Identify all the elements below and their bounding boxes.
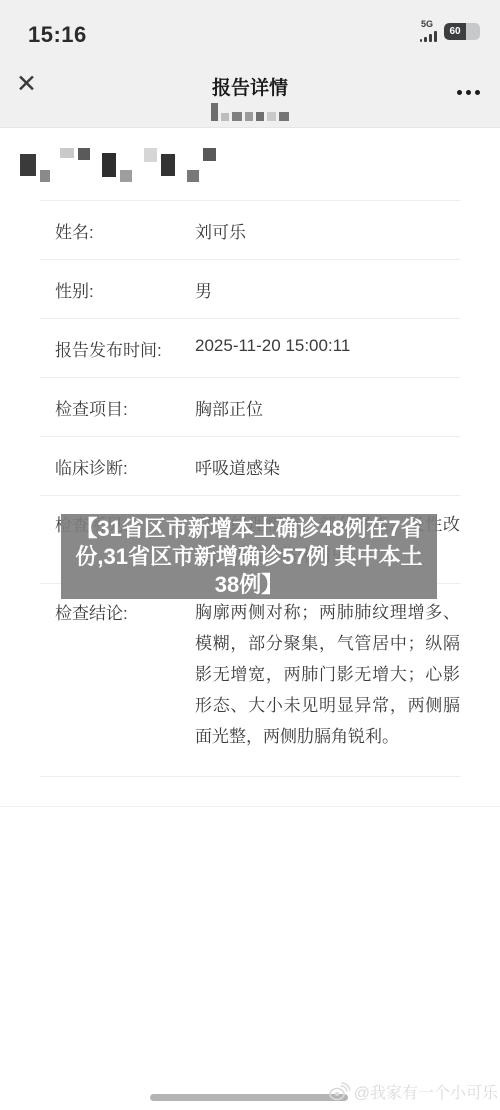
redacted-hospital-name	[20, 148, 500, 182]
field-value: 胸廓两侧对称；两肺肺纹理增多、模糊，部分聚集，气管居中；纵隔影无增宽，两肺门影无…	[195, 597, 460, 752]
news-headline-overlay: 【31省区市新增本土确诊48例在7省 份,31省区市新增确诊57例 其中本土 3…	[61, 514, 437, 599]
field-label: 性别:	[40, 277, 195, 302]
field-label: 检查项目:	[40, 395, 195, 420]
report-detail-table: 姓名: 刘可乐 性别: 男 报告发布时间: 2025-11-20 15:00:1…	[40, 200, 460, 777]
field-value: 呼吸道感染	[195, 454, 460, 479]
home-indicator[interactable]	[150, 1094, 348, 1101]
table-row-clinical-diagnosis: 临床诊断: 呼吸道感染	[40, 436, 460, 495]
field-value: 2025-11-20 15:00:11	[195, 336, 460, 361]
status-bar: 15:16 5G 60	[0, 0, 500, 60]
cellular-signal-icon: 5G	[420, 20, 437, 42]
table-row-name: 姓名: 刘可乐	[40, 200, 460, 259]
field-value: 胸部正位	[195, 395, 460, 420]
card-bottom-divider	[0, 777, 500, 807]
headline-line: 38例】	[61, 571, 437, 599]
close-icon[interactable]: ✕	[16, 70, 37, 98]
headline-line: 份,31省区市新增确诊57例 其中本土	[61, 543, 437, 571]
table-row-report-time: 报告发布时间: 2025-11-20 15:00:11	[40, 318, 460, 377]
table-row-exam-item: 检查项目: 胸部正位	[40, 377, 460, 436]
field-value: 刘可乐	[195, 218, 460, 243]
redacted-subtitle	[200, 103, 300, 121]
field-label: 检查结论:	[40, 597, 195, 752]
phone-screen: 15:16 5G 60 ✕ 报告详情	[0, 0, 500, 1110]
table-row-gender: 性别: 男	[40, 259, 460, 318]
page-title: 报告详情	[0, 60, 500, 100]
status-time: 15:16	[28, 22, 87, 48]
battery-percent: 60	[444, 23, 466, 40]
watermark-handle: @我家有一个小可乐	[354, 1080, 498, 1103]
table-row-conclusion: 检查结论: 胸廓两侧对称；两肺肺纹理增多、模糊，部分聚集，气管居中；纵隔影无增宽…	[40, 583, 460, 776]
weibo-logo-icon	[327, 1082, 351, 1101]
nav-bar: ✕ 报告详情	[0, 60, 500, 127]
field-label: 临床诊断:	[40, 454, 195, 479]
field-label: 报告发布时间:	[40, 336, 195, 361]
status-indicators: 5G 60	[420, 20, 480, 42]
field-label: 姓名:	[40, 218, 195, 243]
headline-line: 【31省区市新增本土确诊48例在7省	[61, 515, 437, 543]
battery-icon: 60	[444, 23, 480, 40]
more-options-icon[interactable]	[457, 90, 480, 95]
network-type-label: 5G	[421, 20, 433, 29]
field-value: 男	[195, 277, 460, 302]
watermark: @我家有一个小可乐	[327, 1080, 498, 1103]
top-chrome: 15:16 5G 60 ✕ 报告详情	[0, 0, 500, 128]
signal-bars-icon	[420, 31, 437, 42]
